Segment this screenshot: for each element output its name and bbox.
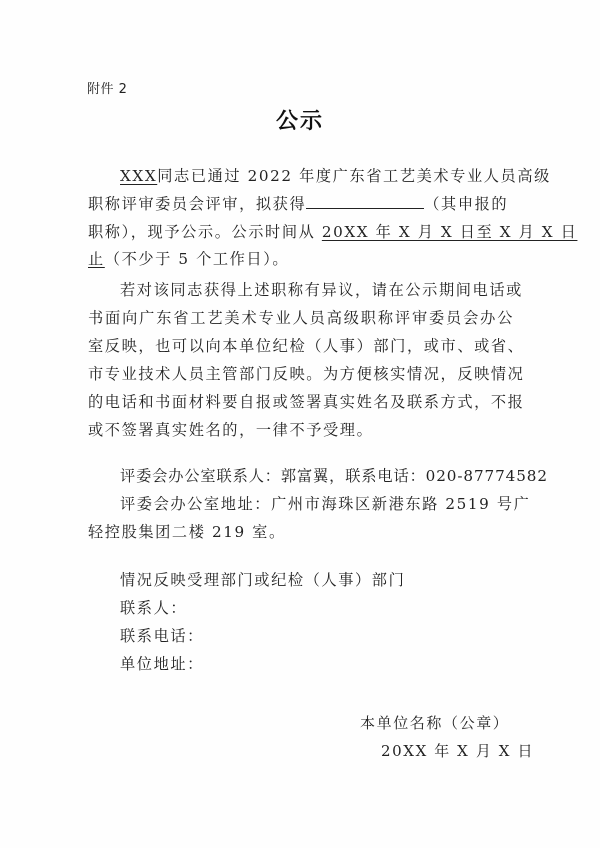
paragraph2-line: 或不签署真实姓名的，一律不予受理。 [88, 420, 514, 440]
paragraph2-line: 市专业技术人员主管部门反映。为方便核实情况，反映情况 [88, 364, 514, 384]
publicity-period-end: 止 [88, 250, 105, 268]
committee-contact: 评委会办公室联系人：郭富翼，联系电话：020-87774582 [120, 466, 514, 486]
name-placeholder: XXX [120, 167, 157, 185]
paragraph1-line1-text: 同志已通过 2022 年度广东省工艺美术专业人员高级 [157, 167, 551, 185]
paragraph2-line: 室反映，也可以向本单位纪检（人事）部门，或市、或省、 [88, 336, 514, 356]
paragraph1-line4-text: （不少于 5 个工作日）。 [105, 250, 289, 268]
contact-phone-label: 联系电话： [120, 626, 514, 646]
document-page: 附件 2 公示 XXX同志已通过 2022 年度广东省工艺美术专业人员高级 职称… [0, 0, 600, 848]
unit-name-seal: 本单位名称（公章） [360, 712, 509, 733]
contact-person-label: 联系人： [120, 598, 514, 618]
title-blank-field [306, 194, 424, 209]
page-title: 公示 [0, 104, 600, 135]
paragraph2-line: 若对该同志获得上述职称有异议，请在公示期间电话或 [120, 280, 514, 300]
publicity-period: 20XX 年 X 月 X 日至 X 月 X 日 [322, 223, 578, 241]
signature-date: 20XX 年 X 月 X 日 [381, 740, 534, 761]
committee-address-line1: 评委会办公室地址：广州市海珠区新港东路 2519 号广 [120, 494, 514, 514]
paragraph1-line2-text: 职称评审委员会评审，拟获得 [88, 195, 306, 213]
committee-address-line2: 轻控股集团二楼 219 室。 [88, 522, 514, 542]
paragraph1-line3: 职称），现予公示。公示时间从 20XX 年 X 月 X 日至 X 月 X 日 [88, 222, 514, 242]
paragraph1-line2: 职称评审委员会评审，拟获得（其申报的 [88, 194, 514, 214]
paragraph1-line4: 止（不少于 5 个工作日）。 [88, 249, 514, 269]
paragraph1-line2-tail: （其申报的 [424, 195, 508, 213]
paragraph1-line3-text: 职称），现予公示。公示时间从 [88, 223, 322, 241]
paragraph2-line: 书面向广东省工艺美术专业人员高级职称评审委员会办公 [88, 308, 514, 328]
reporting-dept-heading: 情况反映受理部门或纪检（人事）部门 [120, 570, 514, 590]
attachment-label: 附件 2 [87, 78, 127, 97]
unit-address-label: 单位地址： [120, 654, 514, 674]
paragraph1-line1: XXX同志已通过 2022 年度广东省工艺美术专业人员高级 [120, 166, 514, 186]
paragraph2-line: 的电话和书面材料要自报或签署真实姓名及联系方式，不报 [88, 392, 514, 412]
